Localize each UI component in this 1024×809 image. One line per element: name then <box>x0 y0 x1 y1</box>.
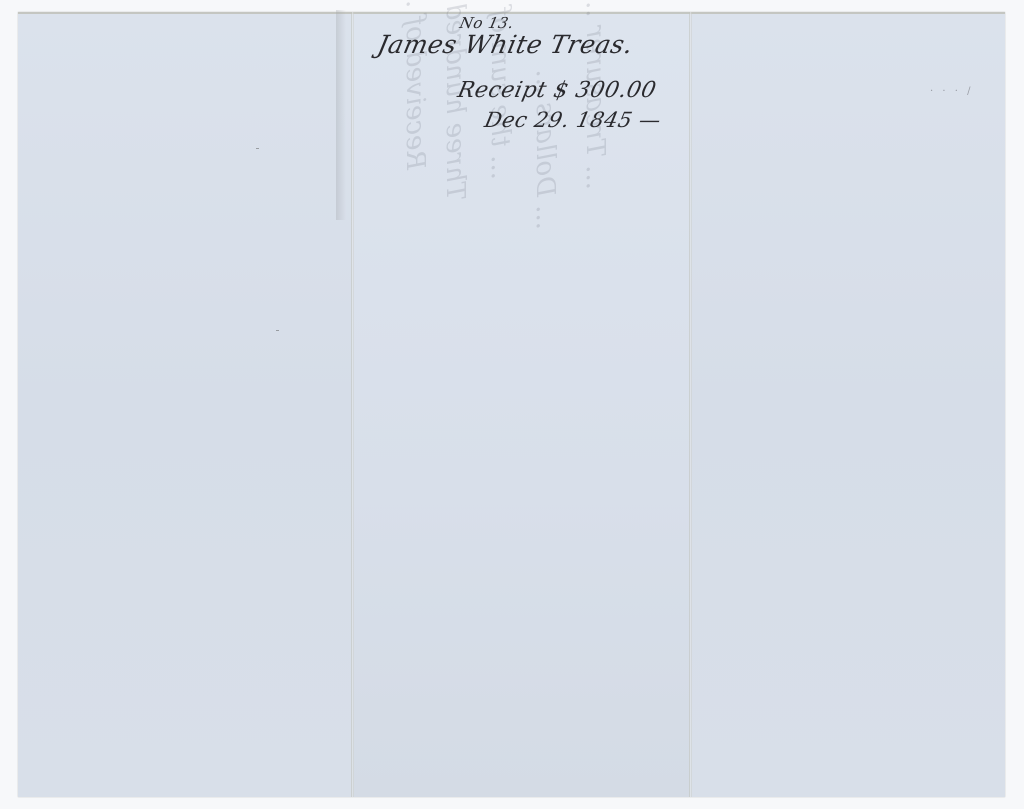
left-fold-panel <box>18 12 352 797</box>
scan-background: Received of ... Three hundred ... ... th… <box>0 0 1024 809</box>
docket-date: Dec 29. 1845 — <box>482 108 663 132</box>
right-fold-panel <box>690 12 1005 797</box>
paper-speck <box>276 330 279 331</box>
bleed-through-line: Received of ... <box>400 0 430 170</box>
paper-speck <box>256 148 259 149</box>
fold-shadow <box>336 10 346 220</box>
fold-line-right <box>689 12 692 797</box>
docket-name: James White Treas. <box>375 30 636 59</box>
docket-receipt: Receipt $ 300.00 <box>455 78 658 103</box>
edge-pencil-marks: · · · / <box>930 86 973 97</box>
fold-line-left <box>351 12 354 797</box>
